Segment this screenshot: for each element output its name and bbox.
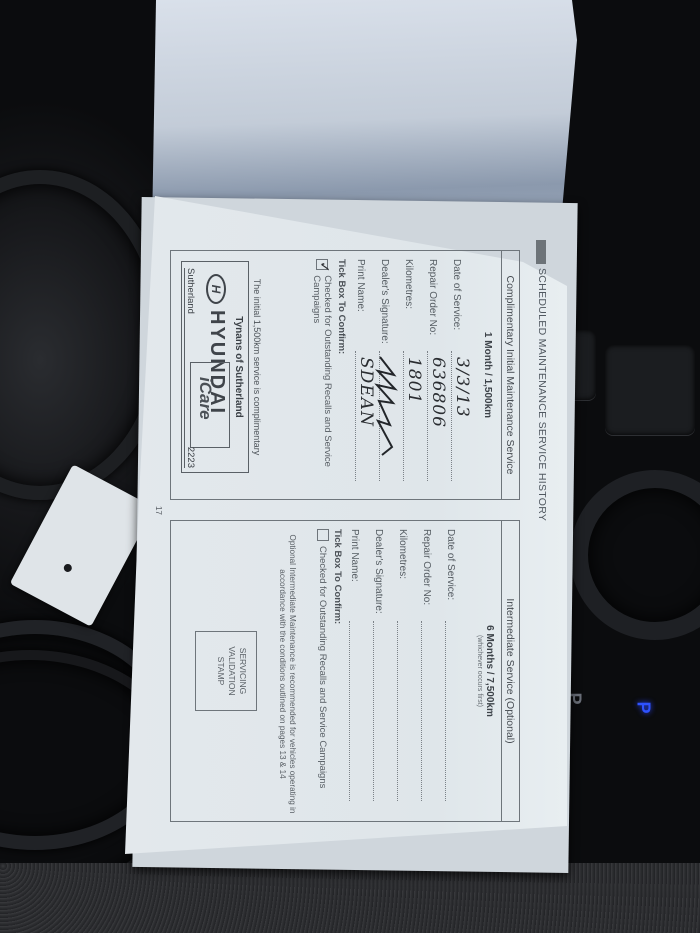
intermediate-service-interval: 6 Months / 7,500km [484, 521, 495, 821]
field-dealer-signature: Dealer's Signature: [379, 259, 401, 481]
checkmark-icon: ✓ [316, 261, 333, 273]
initial-service-interval: 1 Month / 1,500km [482, 251, 493, 499]
section-header: SCHEDULED MAINTENANCE SERVICE HISTORY [530, 238, 548, 838]
recall-checkbox-checked[interactable]: ✓ [316, 259, 328, 270]
suburb: Sutherland [185, 268, 196, 314]
hyundai-emblem-icon: H [207, 274, 227, 304]
interval-note: (whichever occurs first) [476, 521, 483, 821]
initial-service-panel: Complimentary Initial Maintenance Servic… [170, 250, 520, 500]
handwritten-kilometres: 1801 [404, 357, 424, 404]
handwritten-print-name: SDEAN [356, 357, 376, 427]
stamp-address: Sutherland 2223 [184, 268, 196, 468]
print-name-line[interactable] [349, 621, 363, 801]
servicing-validation-stamp-box: SERVICING VALIDATION STAMP [195, 631, 257, 711]
field-dealer-signature-empty: Dealer's Signature: [373, 529, 395, 801]
initial-service-title: Complimentary Initial Maintenance Servic… [501, 251, 519, 499]
section-title: SCHEDULED MAINTENANCE SERVICE HISTORY [536, 268, 548, 521]
complimentary-note: The initial 1,500km service is complimen… [252, 262, 262, 472]
optional-maintenance-note: Optional Intermediate Maintenance is rec… [277, 531, 297, 817]
intermediate-service-title: Intermediate Service (Optional) [501, 521, 519, 821]
field-date-of-service-empty: Date of Service: [445, 529, 467, 801]
postcode: 2223 [185, 447, 196, 468]
kilometres-line[interactable] [397, 621, 411, 801]
tag-hole [62, 563, 73, 574]
field-print-name: Print Name: SDEAN [355, 259, 377, 481]
console-button-large [605, 345, 695, 435]
recall-check-text-right: Checked for Outstanding Recalls and Serv… [318, 546, 329, 788]
handwritten-repair-order: 636806 [428, 357, 448, 428]
page-number: 17 [154, 506, 163, 515]
field-kilometres: Kilometres: 1801 [403, 259, 425, 481]
recall-checkbox-empty[interactable] [317, 529, 329, 541]
intermediate-service-panel: Intermediate Service (Optional) 6 Months… [170, 520, 520, 822]
field-print-name-empty: Print Name: [349, 529, 371, 801]
field-kilometres-empty: Kilometres: [397, 529, 419, 801]
recall-check-text: Checked for Outstanding Recalls and Serv… [311, 275, 333, 499]
dealer-signature-line[interactable] [373, 621, 387, 801]
parking-indicator-lit: P [633, 701, 654, 713]
repair-order-line[interactable] [421, 621, 435, 801]
date-of-service-line[interactable] [445, 621, 459, 801]
recall-check-row: ✓ Checked for Outstanding Recalls and Se… [311, 259, 333, 499]
leather-seat [0, 863, 700, 933]
header-tab [536, 240, 546, 264]
logbook-page-content: SCHEDULED MAINTENANCE SERVICE HISTORY Co… [148, 238, 548, 838]
field-repair-order: Repair Order No: 636806 [427, 259, 449, 481]
dealer-name: Tynans of Sutherland [233, 262, 244, 472]
field-date-of-service: Date of Service: 3/3/13 [451, 259, 473, 481]
dealer-stamp: The initial 1,500km service is complimen… [181, 261, 249, 473]
icare-program: iCare [195, 377, 215, 420]
handwritten-date: 3/3/13 [452, 357, 472, 418]
tick-box-label-right: Tick Box To Confirm: [332, 529, 343, 624]
field-repair-order-empty: Repair Order No: [421, 529, 443, 801]
recall-check-row-right: Checked for Outstanding Recalls and Serv… [317, 529, 329, 788]
signature-scribble [374, 355, 398, 465]
icare-box: iCare [190, 362, 230, 448]
tick-box-label: Tick Box To Confirm: [336, 259, 347, 354]
